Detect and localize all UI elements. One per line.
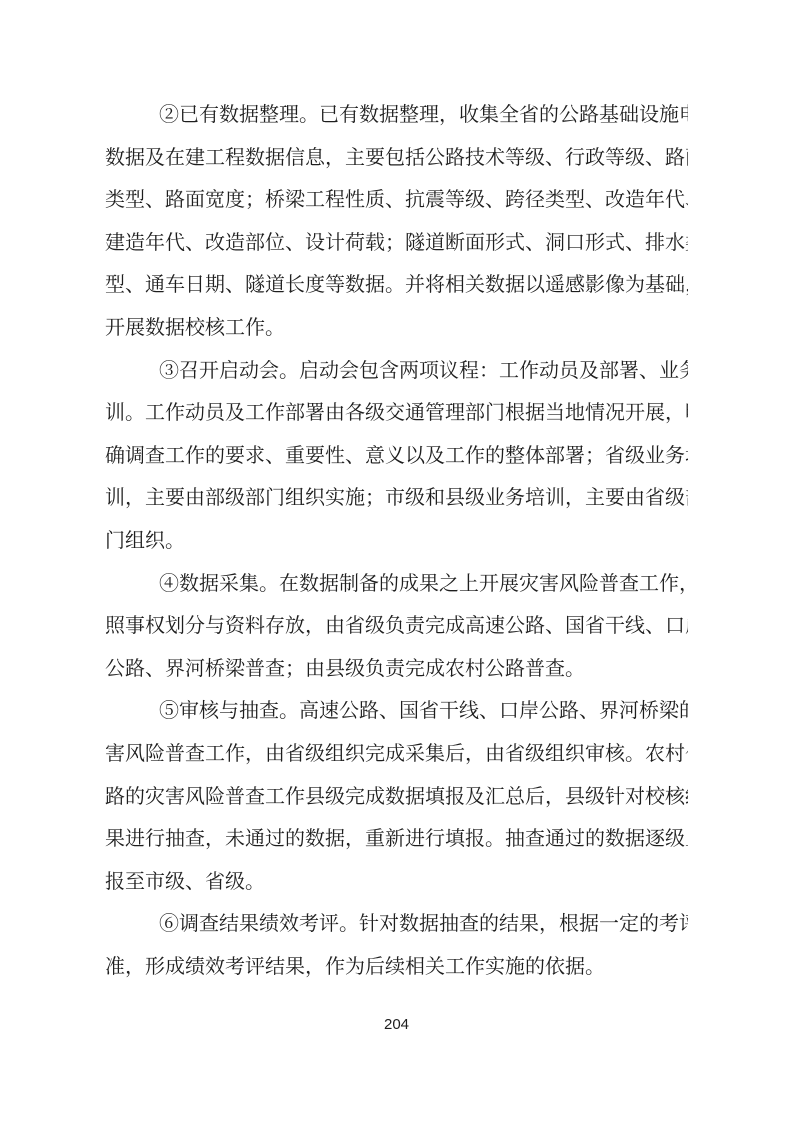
paragraph: ⑤审核与抽查。高速公路、国省干线、口岸公路、界河桥梁的灾害风险普查工作，由省级组… (105, 690, 688, 903)
text-line: ③召开启动会。启动会包含两项议程：工作动员及部署、业务培 (105, 350, 688, 393)
paragraph: ④数据采集。在数据制备的成果之上开展灾害风险普查工作，按照事权划分与资料存放，由… (105, 563, 688, 691)
paragraph: ⑥调查结果绩效考评。针对数据抽查的结果，根据一定的考评标准，形成绩效考评结果，作… (105, 903, 688, 988)
text-line: 型、通车日期、隧道长度等数据。并将相关数据以遥感影像为基础， (105, 264, 688, 307)
text-line: ④数据采集。在数据制备的成果之上开展灾害风险普查工作，按 (105, 563, 688, 606)
text-line: 公路、界河桥梁普查；由县级负责完成农村公路普查。 (105, 648, 688, 691)
text-line: 训。工作动员及工作部署由各级交通管理部门根据当地情况开展，明 (105, 392, 688, 435)
text-line: 建造年代、改造部位、设计荷载；隧道断面形式、洞口形式、排水类 (105, 222, 688, 265)
text-line: ⑥调查结果绩效考评。针对数据抽查的结果，根据一定的考评标 (105, 903, 688, 946)
text-line: 训，主要由部级部门组织实施；市级和县级业务培训，主要由省级部 (105, 477, 688, 520)
document-page: ②已有数据整理。已有数据整理，收集全省的公路基础设施电子数据及在建工程数据信息，… (0, 0, 793, 1122)
text-line: 数据及在建工程数据信息，主要包括公路技术等级、行政等级、路面 (105, 137, 688, 180)
text-line: 害风险普查工作，由省级组织完成采集后，由省级组织审核。农村公 (105, 733, 688, 776)
paragraph: ②已有数据整理。已有数据整理，收集全省的公路基础设施电子数据及在建工程数据信息，… (105, 94, 688, 350)
text-line: 开展数据校核工作。 (105, 307, 688, 350)
text-line: ②已有数据整理。已有数据整理，收集全省的公路基础设施电子 (105, 94, 688, 137)
text-line: 果进行抽查，未通过的数据，重新进行填报。抽查通过的数据逐级上 (105, 818, 688, 861)
text-line: 门组织。 (105, 520, 688, 563)
page-number: 204 (0, 1016, 793, 1033)
text-line: 准，形成绩效考评结果，作为后续相关工作实施的依据。 (105, 946, 688, 989)
paragraph: ③召开启动会。启动会包含两项议程：工作动员及部署、业务培训。工作动员及工作部署由… (105, 350, 688, 563)
text-line: 报至市级、省级。 (105, 861, 688, 904)
text-line: 路的灾害风险普查工作县级完成数据填报及汇总后，县级针对校核结 (105, 776, 688, 819)
text-line: 类型、路面宽度；桥梁工程性质、抗震等级、跨径类型、改造年代、 (105, 179, 688, 222)
text-line: 照事权划分与资料存放，由省级负责完成高速公路、国省干线、口岸 (105, 605, 688, 648)
text-line: 确调查工作的要求、重要性、意义以及工作的整体部署；省级业务培 (105, 435, 688, 478)
text-line: ⑤审核与抽查。高速公路、国省干线、口岸公路、界河桥梁的灾 (105, 690, 688, 733)
document-body: ②已有数据整理。已有数据整理，收集全省的公路基础设施电子数据及在建工程数据信息，… (105, 94, 688, 988)
